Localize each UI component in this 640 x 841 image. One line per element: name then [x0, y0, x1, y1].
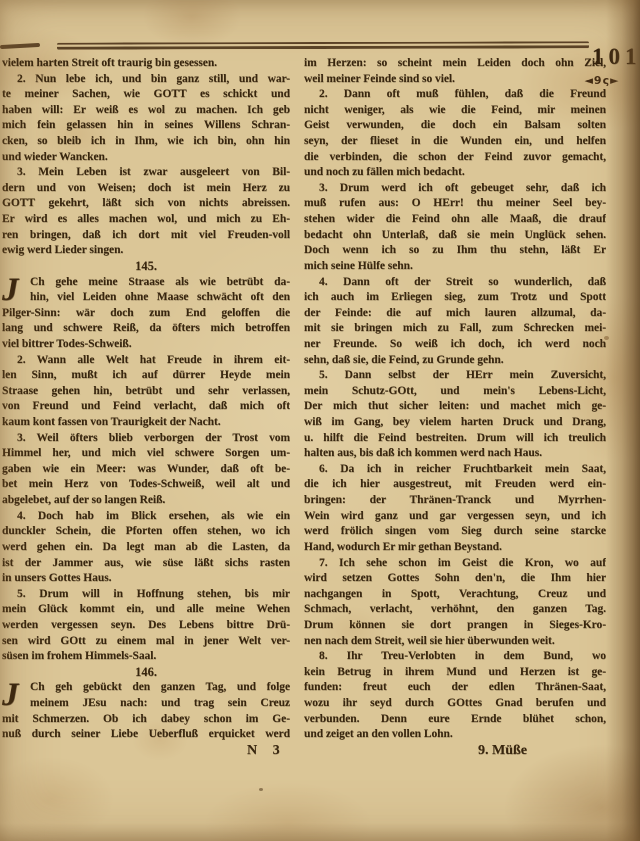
text-line: ist der Jammer aus, wie süse läßt sichs … — [2, 556, 290, 572]
stanza: 4. Dann oft der Streit so wunderlich, da… — [304, 275, 606, 369]
text-line: nen nach dem Streit, weil sie hier überw… — [304, 634, 606, 650]
text-line: Der mich thut sicher leiten: und machet … — [304, 399, 606, 415]
text-line: lang und schwere Reiß, da öfters mich be… — [2, 321, 290, 337]
stanza: vielem harten Streit oft traurig bin ges… — [2, 56, 290, 72]
hymn-opening-stanza: JCh gehe meine Straase als wie betrübt d… — [2, 275, 290, 353]
text-columns: vielem harten Streit oft traurig bin ges… — [2, 56, 606, 743]
book-page-scan: 101 ◄9ς► vielem harten Streit oft trauri… — [0, 0, 640, 841]
hymn-number: 145. — [2, 259, 290, 275]
text-line: 5. Drum will in Hoffnung stehen, bis mir — [2, 587, 290, 603]
head-rule-left-segment — [0, 43, 40, 49]
text-line: len Sinn, mußt ich auf dürrer Heyde mein — [2, 368, 290, 384]
text-line: kein Betrug in ihrem Mund und Herzen ist… — [304, 665, 606, 681]
text-line: 2. Wann alle Welt hat Freude in ihrem ei… — [2, 353, 290, 369]
stanza: 4. Doch hab im Blick ersehen, als wie ei… — [2, 509, 290, 587]
text-line: verbunden. Denn eure Ernde blühet schon, — [304, 712, 606, 728]
text-line: mit sie bringen mich zu Fall, zum Schrec… — [304, 321, 606, 337]
text-line: Geist verwunden, die doch ein Balsam sol… — [304, 118, 606, 134]
text-line: mich fein gelassen hin in seines Willens… — [2, 118, 290, 134]
hymn-opening-stanza: JCh geh gebückt den ganzen Tag, und folg… — [2, 680, 290, 742]
text-line: Er wird es alles machen wol, und mich zu… — [2, 212, 290, 228]
text-line: die verbinden, die schon der Feind zuvor… — [304, 150, 606, 166]
text-line: wird setzen Gottes Sohn den'n, die Ihm h… — [304, 571, 606, 587]
stanza: 3. Mein Leben ist zwar ausgeleert von Bi… — [2, 165, 290, 259]
hymn-number: 146. — [2, 665, 290, 681]
text-line: 5. Dann selbst der HErr mein Zuversicht, — [304, 368, 606, 384]
text-line: wozu ihr seyd durch GOttes Gnad berufen … — [304, 696, 606, 712]
text-line: mein Schutz-GOtt, und mein's Lebens-Lich… — [304, 384, 606, 400]
text-line: im Herzen: so scheint mein Leiden doch o… — [304, 56, 606, 72]
text-line: und noch zu fällen mich bedacht. — [304, 165, 606, 181]
text-line: mein Glück kommt ein, und alle meine Weh… — [2, 602, 290, 618]
stanza: 5. Dann selbst der HErr mein Zuversicht,… — [304, 368, 606, 462]
text-line: 2. Dann oft muß fühlen, daß die Freund — [304, 87, 606, 103]
text-line: Himmel her, und mich viel schwere Sorgen… — [2, 446, 290, 462]
stanza: 2. Nun lebe ich, und bin ganz still, und… — [2, 72, 290, 166]
text-line: der Feinde: die auf mich lauren allzumal… — [304, 306, 606, 322]
stanza: 7. Ich sehe schon im Geist die Kron, wo … — [304, 556, 606, 650]
text-line: funden: freut euch der edlen Thränen-Saa… — [304, 680, 606, 696]
text-line: 4. Doch hab im Blick ersehen, als wie ei… — [2, 509, 290, 525]
text-line: werd frölich singen vom Sieg durch seine… — [304, 524, 606, 540]
drop-cap-initial: J — [2, 681, 25, 711]
text-line: seyn, der flieset in die Wunden ein, und… — [304, 134, 606, 150]
text-line: Ch geh gebückt den ganzen Tag, und folge — [30, 680, 290, 696]
text-line: bedacht ohn Unterlaß, daß sie mein Unglü… — [304, 228, 606, 244]
text-line: 3. Drum werd ich oft gebeuget sehr, daß … — [304, 181, 606, 197]
text-line: 6. Da ich in reicher Fruchtbarkeit mein … — [304, 462, 606, 478]
right-text-column: im Herzen: so scheint mein Leiden doch o… — [304, 56, 606, 743]
stanza: 3. Weil öfters blieb verborgen der Trost… — [2, 431, 290, 509]
catchword: 9. Müße — [478, 743, 527, 759]
stanza: 8. Ihr Treu-Verlobten in dem Bund, wokei… — [304, 649, 606, 743]
text-line: viel bittrer Todes-Schweiß. — [2, 337, 290, 353]
ink-speck — [259, 788, 263, 791]
text-line: von Freund und Feind verlacht, daß mich … — [2, 399, 290, 415]
text-line: werden vergessen seyn. Des Lebens bittre… — [2, 618, 290, 634]
text-line: kaum kont fassen von Traurigkeit der Nac… — [2, 415, 290, 431]
text-line: wiß im Gang, bey vielem harten Druck und… — [304, 415, 606, 431]
text-line: 8. Ihr Treu-Verlobten in dem Bund, wo — [304, 649, 606, 665]
text-line: ewig werd Lieder singen. — [2, 243, 290, 259]
text-line: Ch gehe meine Straase als wie betrübt da… — [30, 275, 290, 291]
text-line: GOTT gekehrt, läßt sich von nichts abrei… — [2, 196, 290, 212]
text-line: und zeiget an den vollen Lohn. — [304, 727, 606, 743]
text-line: meinem JEsu nach: und trag sein Creuz — [30, 696, 290, 712]
text-line: Drum können sie dort prangen in Sieges-K… — [304, 618, 606, 634]
text-line: 3. Mein Leben ist zwar ausgeleert von Bi… — [2, 165, 290, 181]
text-line: 3. Weil öfters blieb verborgen der Trost… — [2, 431, 290, 447]
stanza: im Herzen: so scheint mein Leiden doch o… — [304, 56, 606, 87]
page-edge-shadow — [606, 0, 640, 841]
text-line: nicht weniger, als wie die Feind, mir me… — [304, 103, 606, 119]
text-line: mich seine Hülfe sehn. — [304, 259, 606, 275]
page-bottom-shadow — [0, 823, 640, 841]
text-line: vielem harten Streit oft traurig bin ges… — [2, 56, 290, 72]
text-line: bet mein Herz von Todes-Schweiß, weil al… — [2, 477, 290, 493]
text-line: Schmach, verlacht, verhöhnt, den ganzen … — [304, 602, 606, 618]
text-line: mit Schmerzen. Ob ich dabey schon im Ge- — [2, 712, 290, 728]
text-line: Straase gehen hin, betrübt und sehr verl… — [2, 384, 290, 400]
stanza: 6. Da ich in reicher Fruchtbarkeit mein … — [304, 462, 606, 556]
page-footer: N 3 9. Müße — [0, 743, 640, 761]
text-line: hin, viel Leiden ohne Maase schwächt oft… — [30, 290, 290, 306]
text-line: sehn, daß sie, die Feind, zu Grunde gehn… — [304, 353, 606, 369]
text-line: 4. Dann oft der Streit so wunderlich, da… — [304, 275, 606, 291]
text-line: in unsers Gottes Haus. — [2, 571, 290, 587]
stanza: 2. Wann alle Welt hat Freude in ihrem ei… — [2, 353, 290, 431]
text-line: Hand, wodurch Er mir gethan Beystand. — [304, 540, 606, 556]
text-line: dern und von Weisen; doch ist mein Herz … — [2, 181, 290, 197]
text-line: Doch wenn ich so zu Ihm thu stehn, läßt … — [304, 243, 606, 259]
text-line: te meiner Sachen, wie GOTT es schickt un… — [2, 87, 290, 103]
text-line: und wieder Wancken. — [2, 150, 290, 166]
text-line: 7. Ich sehe schon im Geist die Kron, wo … — [304, 556, 606, 572]
text-line: ich auch im Erliegen sieg, zum Trotz und… — [304, 290, 606, 306]
text-line: dunckler Schein, die Pforten offen stehe… — [2, 524, 290, 540]
ink-speck — [604, 336, 609, 340]
drop-cap-initial: J — [2, 276, 25, 306]
text-line: ren bringen, daß ich dort mit viel Freud… — [2, 228, 290, 244]
text-line: u. hilft die Feind bestreiten. Drum will… — [304, 431, 606, 447]
text-line: Pilger-Sinn: wär doch zum End geloffen d… — [2, 306, 290, 322]
text-line: werd gehen ein. Da legt man ab die Laste… — [2, 540, 290, 556]
text-line: haben will: Er weiß es wol zu machen. Ic… — [2, 103, 290, 119]
text-line: stehen wider die Feind ohn alle Maaß, di… — [304, 212, 606, 228]
text-line: halten aus, bis daß ich kommen werd nach… — [304, 446, 606, 462]
text-line: sen wird GOtt zu einem mal in jener Welt… — [2, 634, 290, 650]
text-line: weil meiner Feinde sind so viel. — [304, 72, 606, 88]
head-rule — [57, 41, 589, 49]
text-line: gaben wie ein Meer: was Wunder, daß oft … — [2, 462, 290, 478]
text-line: cken, so bleib ich in Ihm, wie ich bin, … — [2, 134, 290, 150]
text-line: 2. Nun lebe ich, und bin ganz still, und… — [2, 72, 290, 88]
stanza: 3. Drum werd ich oft gebeuget sehr, daß … — [304, 181, 606, 275]
text-line: nachgangen in Spott, Verachtung, Creuz u… — [304, 587, 606, 603]
stanza: 2. Dann oft muß fühlen, daß die Freundni… — [304, 87, 606, 181]
text-line: bringen: der Thränen-Tranck und Myrrhen- — [304, 493, 606, 509]
text-line: süsen im frohem Himmels-Saal. — [2, 649, 290, 665]
left-text-column: vielem harten Streit oft traurig bin ges… — [2, 56, 290, 743]
stanza: 5. Drum will in Hoffnung stehen, bis mir… — [2, 587, 290, 665]
text-line: ner Freunde. So weiß ich doch, ich werd … — [304, 337, 606, 353]
text-line: Wein wird ganz und gar vergessen seyn, u… — [304, 509, 606, 525]
text-line: nuß durch seiner Liebe Ueberfluß erquick… — [2, 727, 290, 743]
text-line: muß rufen aus: O HErr! thu meiner Seel b… — [304, 196, 606, 212]
text-line: abgelebet, auf der so langen Reiß. — [2, 493, 290, 509]
text-line: die ich hier ausgestreut, mit Freuden we… — [304, 477, 606, 493]
signature-mark: N 3 — [247, 743, 286, 759]
